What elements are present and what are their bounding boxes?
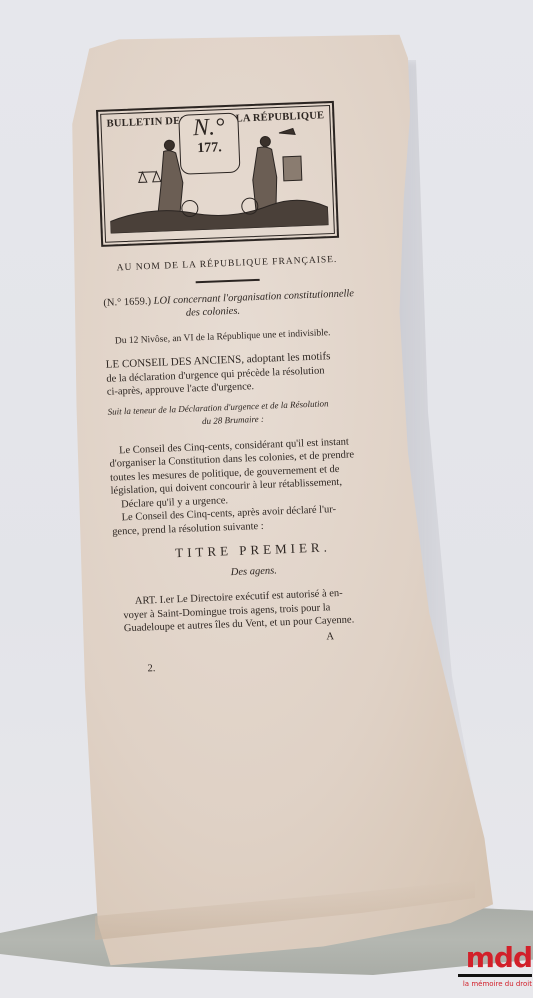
cinq-cents-paragraph: Le Conseil des Cinq-cents, considérant q… (109, 435, 362, 539)
logo-bar (458, 974, 532, 977)
logo-mark: mdd (452, 944, 532, 972)
section-heading: Des agens. (144, 561, 364, 583)
nation-line: AU NOM DE LA RÉPUBLIQUE FRANÇAISE. (102, 253, 352, 276)
bulletin-number: 177. (180, 140, 239, 158)
mdd-logo: mdd la mémoire du droit (452, 944, 532, 998)
article-paragraph: ART. I.er Le Directoire exécutif est aut… (123, 586, 366, 636)
anciens-paragraph: LE CONSEIL DES ANCIENS, adoptant les mot… (106, 349, 357, 399)
bulletin-number-cartouche: N.° 177. (178, 113, 240, 175)
date-line: Du 12 Nivôse, an VI de la République une… (105, 326, 355, 349)
law-number: (N.° 1659.) (103, 296, 151, 309)
document-content: BULLETIN DES LOIS DE LA RÉPUBLIQUE N. (96, 100, 368, 677)
bulletin-header: BULLETIN DES LOIS DE LA RÉPUBLIQUE N. (96, 101, 339, 247)
divider-rule (196, 278, 260, 282)
titre-heading: TITRE PREMIER. (143, 539, 363, 561)
number-label: N.° (179, 114, 238, 142)
logo-tagline: la mémoire du droit (452, 980, 532, 988)
suit-heading: Suit la teneur de la Déclaration d'urgen… (107, 396, 358, 433)
